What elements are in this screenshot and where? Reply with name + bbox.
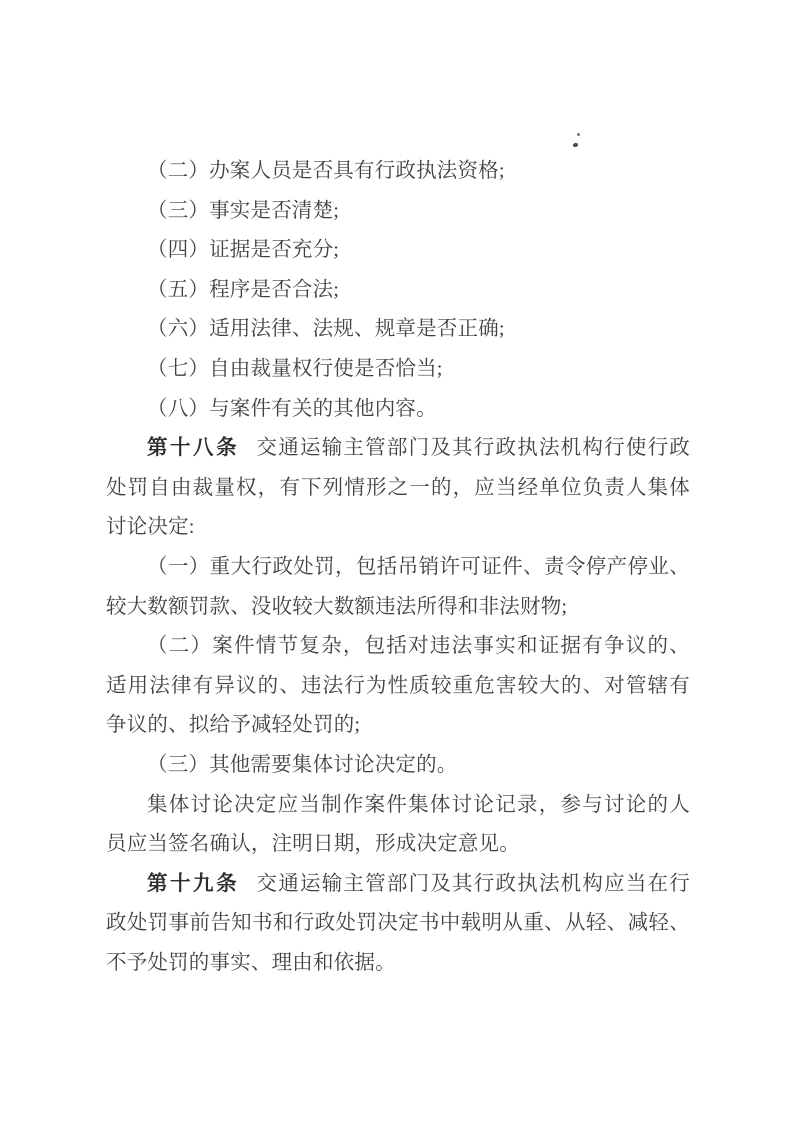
text-line: （七）自由裁量权行使是否恰当; [106,350,690,390]
document-page: （二）办案人员是否具有行政执法资格;（三）事实是否清楚;（四）证据是否充分;（五… [0,0,793,1122]
paragraph: （五）程序是否合法; [106,271,690,311]
text-line: （三）其他需要集体讨论决定的。 [106,746,690,786]
document-body: （二）办案人员是否具有行政执法资格;（三）事实是否清楚;（四）证据是否充分;（五… [106,152,690,983]
ink-speck-icon [573,143,578,147]
text-line: （六）适用法律、法规、规章是否正确; [106,310,690,350]
paragraph: （六）适用法律、法规、规章是否正确; [106,310,690,350]
text-line: （四）证据是否充分; [106,231,690,271]
text-line: 较大数额罚款、没收较大数额违法所得和非法财物; [106,588,690,628]
paragraph: （二）办案人员是否具有行政执法资格; [106,152,690,192]
text-line: （三）事实是否清楚; [106,192,690,232]
text-line: 适用法律有异议的、违法行为性质较重危害较大的、对管辖有 [106,667,690,707]
text-line: 第十九条交通运输主管部门及其行政执法机构应当在行 [106,865,690,905]
text-line: （一）重大行政处罚，包括吊销许可证件、责令停产停业、 [106,548,690,588]
paragraph: （四）证据是否充分; [106,231,690,271]
text-line: 争议的、拟给予减轻处罚的; [106,706,690,746]
paragraph: （二）案件情节复杂，包括对违法事实和证据有争议的、适用法律有异议的、违法行为性质… [106,627,690,746]
article-paragraph: 第十九条交通运输主管部门及其行政执法机构应当在行政处罚事前告知书和行政处罚决定书… [106,865,690,984]
text-line: （五）程序是否合法; [106,271,690,311]
text-line: （八）与案件有关的其他内容。 [106,390,690,430]
text-line: 不予处罚的事实、理由和依据。 [106,944,690,984]
text-line: 政处罚事前告知书和行政处罚决定书中载明从重、从轻、减轻、 [106,904,690,944]
paragraph: 集体讨论决定应当制作案件集体讨论记录，参与讨论的人员应当签名确认，注明日期，形成… [106,786,690,865]
text-line: 员应当签名确认，注明日期，形成决定意见。 [106,825,690,865]
text-line: 处罚自由裁量权，有下列情形之一的，应当经单位负责人集体 [106,469,690,509]
paragraph: （一）重大行政处罚，包括吊销许可证件、责令停产停业、较大数额罚款、没收较大数额违… [106,548,690,627]
paragraph: （七）自由裁量权行使是否恰当; [106,350,690,390]
paragraph: （三）事实是否清楚; [106,192,690,232]
paragraph: （八）与案件有关的其他内容。 [106,390,690,430]
text-line: （二）案件情节复杂，包括对违法事实和证据有争议的、 [106,627,690,667]
text-line: 第十八条交通运输主管部门及其行政执法机构行使行政 [106,429,690,469]
text-line: 讨论决定: [106,508,690,548]
text-line: （二）办案人员是否具有行政执法资格; [106,152,690,192]
article-number: 第十八条 [147,437,239,459]
article-paragraph: 第十八条交通运输主管部门及其行政执法机构行使行政处罚自由裁量权，有下列情形之一的… [106,429,690,548]
paragraph: （三）其他需要集体讨论决定的。 [106,746,690,786]
text-line: 集体讨论决定应当制作案件集体讨论记录，参与讨论的人 [106,786,690,826]
article-number: 第十九条 [147,873,239,895]
